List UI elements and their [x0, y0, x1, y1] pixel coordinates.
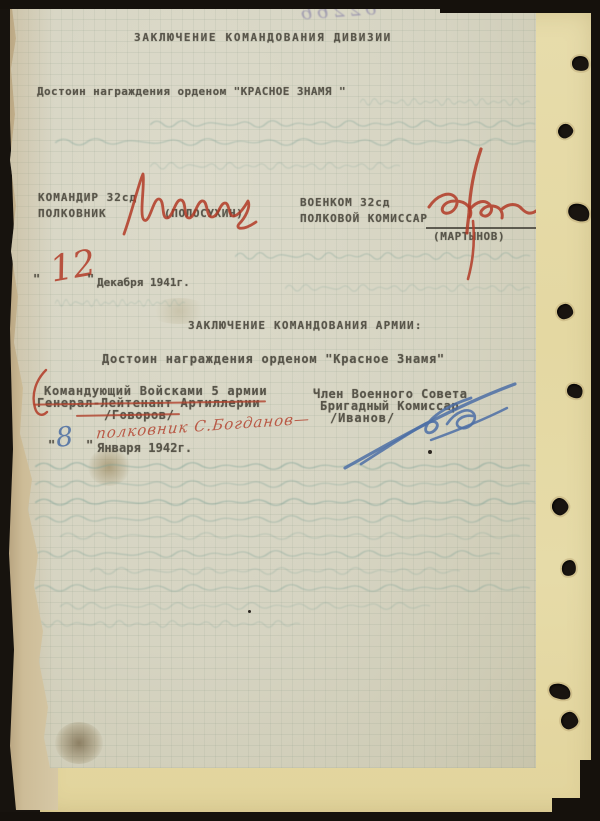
- polosukhin-signature: [108, 168, 268, 240]
- division-date-open-quote: ": [33, 272, 40, 286]
- ivanov-signature: [335, 376, 525, 476]
- scan-edge-top-right: [440, 0, 600, 13]
- bleed-through-handwriting: [90, 565, 460, 577]
- document-page: ЗАКЛЮЧЕНИЕ КОМАНДОВАНИЯ ДИВИЗИИ Достоин …: [6, 8, 536, 768]
- bleed-through-handwriting: [60, 530, 520, 542]
- army-date-open-quote: ": [48, 438, 55, 452]
- handwritten-day-january: 8: [54, 421, 74, 454]
- scan-edge-corner-step: [580, 760, 600, 821]
- division-date-text: Декабря 1941г.: [97, 276, 190, 289]
- army-date-text: Января 1942г.: [97, 441, 192, 455]
- commander-rank: ПОЛКОВНИК: [38, 207, 107, 220]
- bleed-through-handwriting: [35, 582, 530, 594]
- division-verdict: Достоин награждения орденом "КРАСНОЕ ЗНА…: [37, 85, 346, 98]
- commissar-rank: ПОЛКОВОЙ КОМИССАР: [300, 212, 428, 225]
- martynov-signature: [415, 145, 545, 290]
- red-margin-mark: [26, 368, 56, 420]
- stain: [55, 722, 103, 764]
- scanned-document: ЗАКЛЮЧЕНИЕ КОМАНДОВАНИЯ ДИВИЗИИ Достоин …: [0, 0, 600, 821]
- scan-edge-right: [591, 0, 600, 821]
- army-date-close-quote: ": [86, 438, 93, 452]
- bleed-through-handwriting: [35, 618, 300, 630]
- bleed-through-handwriting: [150, 118, 535, 130]
- bleed-through-handwriting: [35, 478, 530, 490]
- army-heading: ЗАКЛЮЧЕНИЕ КОМАНДОВАНИЯ АРМИИ:: [188, 319, 423, 332]
- bleed-through-handwriting: [35, 496, 535, 508]
- bleed-through-handwriting: [360, 96, 530, 108]
- bleed-through-handwriting: [35, 513, 530, 525]
- bleed-through-handwriting: [55, 297, 185, 309]
- division-date-close-quote: ": [87, 272, 94, 286]
- scan-edge-bottom: [0, 812, 600, 821]
- division-heading: ЗАКЛЮЧЕНИЕ КОМАНДОВАНИЯ ДИВИЗИИ: [134, 31, 392, 44]
- army-verdict: Достоин награждения орденом "Красное Зна…: [102, 352, 445, 366]
- commissar-post: ВОЕНКОМ 32сд: [300, 196, 390, 209]
- bleed-through-handwriting: [35, 548, 500, 560]
- bleed-through-handwriting: [60, 600, 430, 612]
